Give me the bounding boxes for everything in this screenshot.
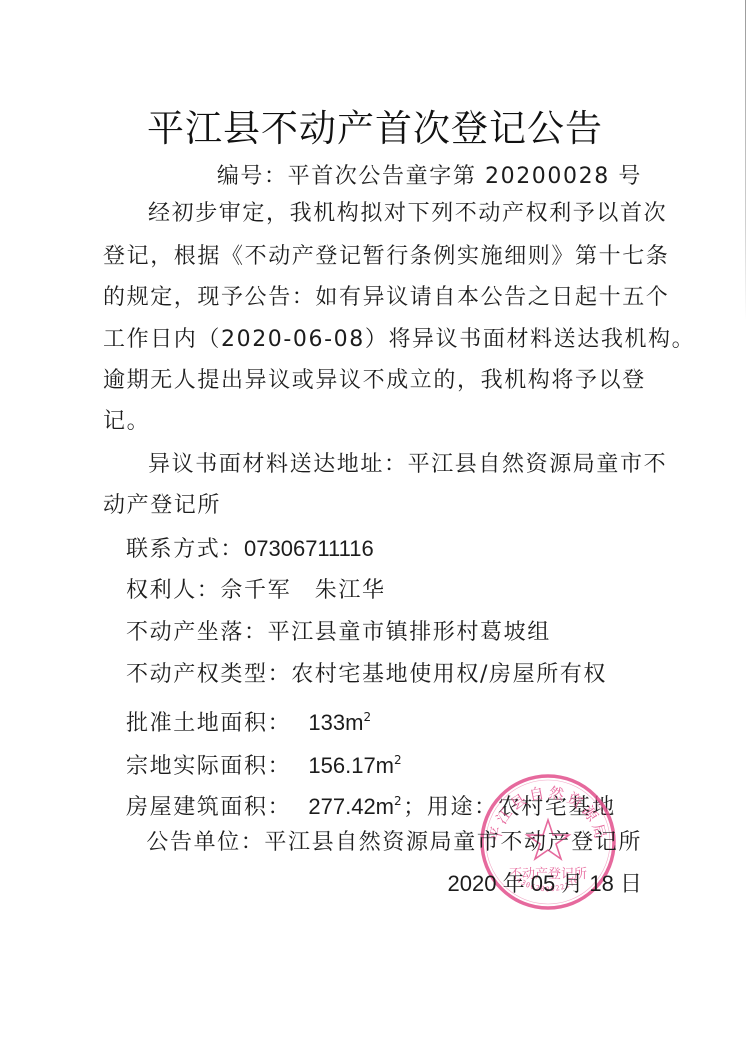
owner-value: 佘千军 朱江华	[220, 578, 385, 603]
building-area-label: 房屋建筑面积：	[126, 795, 291, 820]
approved-land-row: 批准土地面积： 133m2	[126, 703, 373, 738]
issuer-value: 平江县自然资源局童市不动产登记所	[264, 830, 642, 855]
issue-date: 2020 年 05 月 18 日	[448, 870, 642, 898]
actual-land-value: 156.17m	[308, 753, 394, 778]
owner-label: 权利人：	[126, 578, 220, 603]
actual-land-label: 宗地实际面积：	[126, 754, 291, 779]
contact-label: 联系方式：	[126, 537, 244, 562]
body-line-4: 工作日内（2020-06-08）将异议书面材料送达我机构。	[103, 326, 695, 354]
location-value: 平江县童市镇排形村葛坡组	[268, 620, 551, 645]
right-type-row: 不动产权类型：农村宅基地使用权/房屋所有权	[126, 661, 607, 689]
body-line-1: 经初步审定，我机构拟对下列不动产权利予以首次	[148, 200, 667, 228]
location-row: 不动产坐落：平江县童市镇排形村葛坡组	[126, 619, 551, 647]
right-type-value: 农村宅基地使用权/房屋所有权	[291, 662, 607, 687]
scan-edge-artifact	[745, 0, 746, 320]
actual-land-row: 宗地实际面积： 156.17m2	[126, 746, 403, 781]
issuer-label: 公告单位：	[146, 830, 264, 855]
approved-land-value: 133m	[308, 710, 363, 735]
body-line-6: 记。	[103, 408, 150, 436]
area-unit-superscript: 2	[394, 794, 403, 808]
page-title: 平江县不动产首次登记公告	[0, 98, 750, 152]
building-area-value: 277.42m	[308, 794, 394, 819]
address-line-2: 动产登记所	[103, 492, 221, 520]
serial-label: 编号：	[217, 164, 288, 189]
approved-land-label: 批准土地面积：	[126, 711, 291, 736]
serial-number: 编号：平首次公告童字第 20200028 号	[217, 163, 642, 191]
address-line-1: 异议书面材料送达地址：平江县自然资源局童市不	[148, 451, 667, 479]
location-label: 不动产坐落：	[126, 620, 268, 645]
right-type-label: 不动产权类型：	[126, 662, 291, 687]
body-line-5: 逾期无人提出异议或异议不成立的，我机构将予以登	[103, 367, 646, 395]
contact-row: 联系方式：07306711116	[126, 535, 374, 564]
area-unit-superscript: 2	[363, 710, 372, 724]
body-line-3: 的规定，现予公告：如有异议请自本公告之日起十五个	[103, 284, 669, 312]
serial-value: 平首次公告童字第 20200028 号	[288, 164, 642, 189]
contact-value: 07306711116	[244, 536, 374, 561]
owner-row: 权利人：佘千军 朱江华	[126, 577, 386, 605]
body-line-2: 登记，根据《不动产登记暂行条例实施细则》第十七条	[103, 243, 669, 271]
area-unit-superscript: 2	[394, 753, 403, 767]
issuer-row: 公告单位：平江县自然资源局童市不动产登记所	[146, 829, 642, 857]
